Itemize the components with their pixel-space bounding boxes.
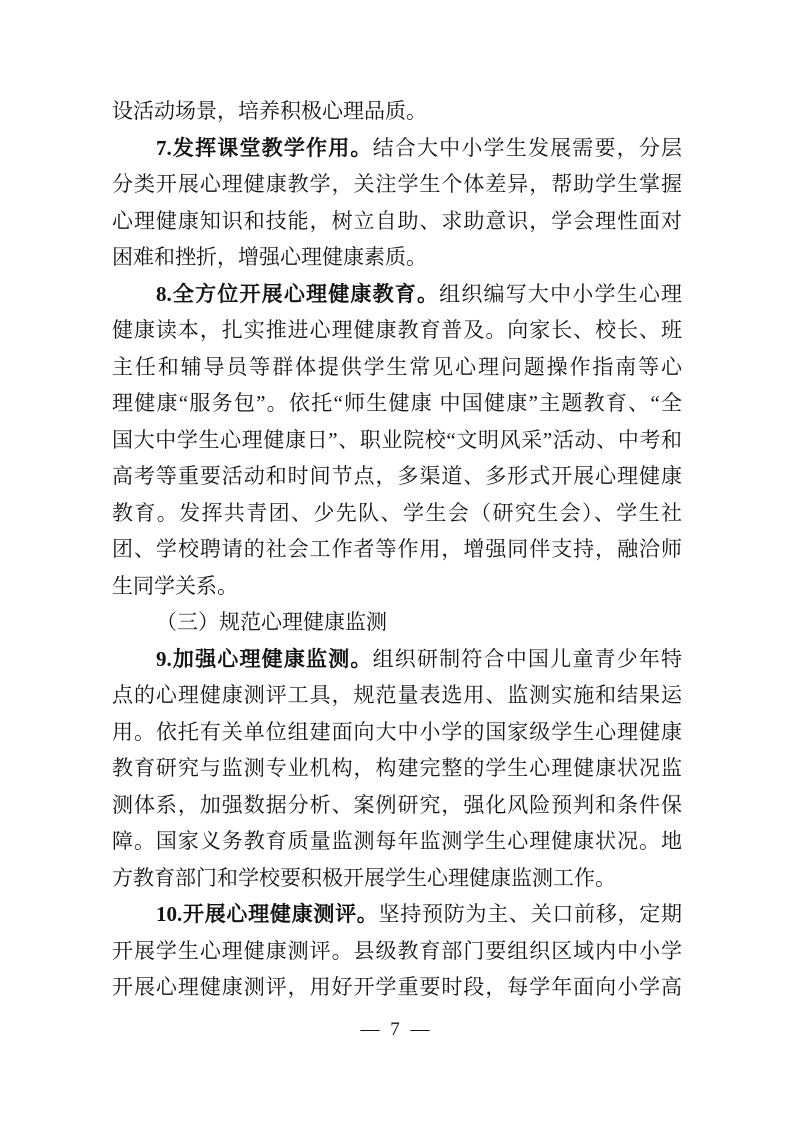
line-text: 障。国家义务教育质量监测每年监测学生心理健康状况。地 xyxy=(112,829,682,853)
text-line: 教育。发挥共青团、少先队、学生会（研究生会）、学生社 xyxy=(112,495,682,532)
text-line: 分类开展心理健康教学，关注学生个体差异，帮助学生掌握 xyxy=(112,166,682,203)
text-line: 7.发挥课堂教学作用。结合大中小学生发展需要，分层 xyxy=(112,130,682,167)
line-text: 心理健康知识和技能，树立自助、求助意识，学会理性面对 xyxy=(112,209,682,233)
document-text-block: 设活动场景，培养积极心理品质。7.发挥课堂教学作用。结合大中小学生发展需要，分层… xyxy=(112,93,682,1006)
text-line: 8.全方位开展心理健康教育。组织编写大中小学生心理 xyxy=(112,276,682,313)
line-text: 国大中学生心理健康日”、职业院校“文明风采”活动、中考和 xyxy=(112,428,682,452)
text-line: 心理健康知识和技能，树立自助、求助意识，学会理性面对 xyxy=(112,203,682,240)
text-line: 理健康“服务包”。依托“师生健康 中国健康”主题教育、“全 xyxy=(112,385,682,422)
text-line: 障。国家义务教育质量监测每年监测学生心理健康状况。地 xyxy=(112,823,682,860)
text-line: 教育研究与监测专业机构，构建完整的学生心理健康状况监 xyxy=(112,750,682,787)
paragraph-lead: 9.加强心理健康监测。 xyxy=(156,647,373,671)
document-page: 设活动场景，培养积极心理品质。7.发挥课堂教学作用。结合大中小学生发展需要，分层… xyxy=(0,0,793,1122)
line-text: 团、学校聘请的社会工作者等作用，增强同伴支持，融洽师 xyxy=(112,537,682,561)
line-text: 结合大中小学生发展需要，分层 xyxy=(373,136,682,160)
line-text: （三）规范心理健康监测 xyxy=(156,610,387,634)
text-line: 设活动场景，培养积极心理品质。 xyxy=(112,93,682,130)
line-text: 分类开展心理健康教学，关注学生个体差异，帮助学生掌握 xyxy=(112,172,682,196)
line-text: 教育。发挥共青团、少先队、学生会（研究生会）、学生社 xyxy=(112,501,682,525)
text-line: 主任和辅导员等群体提供学生常见心理问题操作指南等心 xyxy=(112,349,682,386)
text-line: （三）规范心理健康监测 xyxy=(112,604,682,641)
text-line: 健康读本，扎实推进心理健康教育普及。向家长、校长、班 xyxy=(112,312,682,349)
text-line: 生同学关系。 xyxy=(112,568,682,605)
text-line: 高考等重要活动和时间节点，多渠道、多形式开展心理健康 xyxy=(112,458,682,495)
line-text: 用。依托有关单位组建面向大中小学的国家级学生心理健康 xyxy=(112,720,682,744)
line-text: 设活动场景，培养积极心理品质。 xyxy=(112,99,427,123)
line-text: 测体系，加强数据分析、案例研究，强化风险预判和条件保 xyxy=(112,793,682,817)
text-line: 开展学生心理健康测评。县级教育部门要组织区域内中小学 xyxy=(112,933,682,970)
line-text: 坚持预防为主、关口前移，定期 xyxy=(379,902,682,926)
line-text: 开展心理健康测评，用好开学重要时段，每学年面向小学高 xyxy=(112,975,682,999)
line-text: 健康读本，扎实推进心理健康教育普及。向家长、校长、班 xyxy=(112,318,682,342)
text-line: 用。依托有关单位组建面向大中小学的国家级学生心理健康 xyxy=(112,714,682,751)
line-text: 方教育部门和学校要积极开展学生心理健康监测工作。 xyxy=(112,866,616,890)
line-text: 组织编写大中小学生心理 xyxy=(439,282,682,306)
text-line: 方教育部门和学校要积极开展学生心理健康监测工作。 xyxy=(112,860,682,897)
paragraph-lead: 8.全方位开展心理健康教育。 xyxy=(156,282,439,306)
line-text: 点的心理健康测评工具，规范量表选用、监测实施和结果运 xyxy=(112,683,682,707)
paragraph-lead: 7.发挥课堂教学作用。 xyxy=(156,136,373,160)
paragraph-lead: 10.开展心理健康测评。 xyxy=(156,902,379,926)
line-text: 主任和辅导员等群体提供学生常见心理问题操作指南等心 xyxy=(112,355,682,379)
text-line: 团、学校聘请的社会工作者等作用，增强同伴支持，融洽师 xyxy=(112,531,682,568)
page-number: — 7 — xyxy=(0,1019,793,1041)
line-text: 理健康“服务包”。依托“师生健康 中国健康”主题教育、“全 xyxy=(112,391,682,415)
text-line: 开展心理健康测评，用好开学重要时段，每学年面向小学高 xyxy=(112,969,682,1006)
line-text: 生同学关系。 xyxy=(112,574,238,598)
text-line: 测体系，加强数据分析、案例研究，强化风险预判和条件保 xyxy=(112,787,682,824)
line-text: 高考等重要活动和时间节点，多渠道、多形式开展心理健康 xyxy=(112,464,682,488)
text-line: 点的心理健康测评工具，规范量表选用、监测实施和结果运 xyxy=(112,677,682,714)
line-text: 组织研制符合中国儿童青少年特 xyxy=(373,647,682,671)
text-line: 国大中学生心理健康日”、职业院校“文明风采”活动、中考和 xyxy=(112,422,682,459)
line-text: 教育研究与监测专业机构，构建完整的学生心理健康状况监 xyxy=(112,756,682,780)
text-line: 困难和挫折，增强心理健康素质。 xyxy=(112,239,682,276)
line-text: 开展学生心理健康测评。县级教育部门要组织区域内中小学 xyxy=(112,939,682,963)
line-text: 困难和挫折，增强心理健康素质。 xyxy=(112,245,427,269)
text-line: 9.加强心理健康监测。组织研制符合中国儿童青少年特 xyxy=(112,641,682,678)
text-line: 10.开展心理健康测评。坚持预防为主、关口前移，定期 xyxy=(112,896,682,933)
